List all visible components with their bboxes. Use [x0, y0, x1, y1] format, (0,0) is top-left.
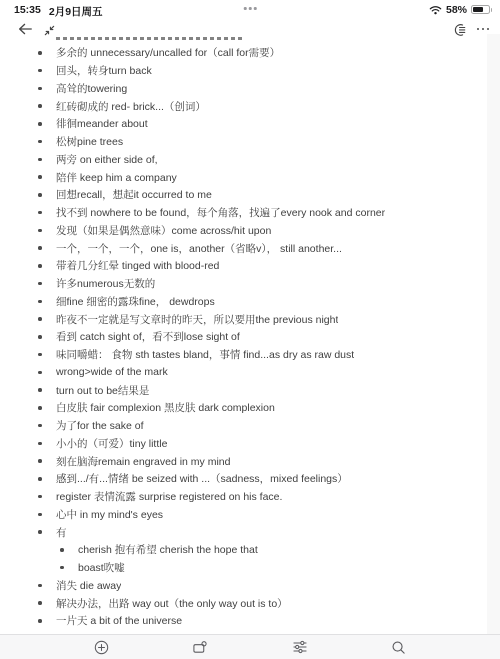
list-item[interactable]: 刻在脑海remain engraved in my mind — [0, 452, 487, 470]
list-item-text: 回想recall，想起it occurred to me — [56, 187, 212, 202]
list-item[interactable]: 一个，一个，一个，one is，another（省略v）， still anot… — [0, 239, 487, 257]
list-item-text: 松树pine trees — [56, 134, 123, 149]
bullet-icon — [33, 601, 56, 605]
bottom-toolbar — [0, 634, 500, 659]
list-item-text: 红砖砌成的 red- brick...（创词） — [56, 99, 206, 114]
list-item[interactable]: 小小的（可爱）tiny little — [0, 435, 487, 453]
list-item-text: 心中 in my mind's eyes — [56, 507, 163, 522]
search-icon[interactable] — [390, 638, 408, 656]
list-item[interactable]: 心中 in my mind's eyes — [0, 506, 487, 524]
list-item[interactable]: 徘徊meander about — [0, 115, 487, 133]
bullet-icon — [33, 122, 56, 126]
list-item[interactable]: 解决办法，出路 way out（the only way out is to） — [0, 594, 487, 612]
list-item[interactable]: 两旁 on either side of, — [0, 151, 487, 169]
bullet-icon — [33, 104, 56, 108]
note-list: 多余的 unnecessary/uncalled for（call for需要）… — [0, 44, 487, 630]
list-item[interactable]: turn out to be结果是 — [0, 381, 487, 399]
bullet-icon — [33, 619, 56, 623]
list-item[interactable]: 带着几分红晕 tinged with blood-red — [0, 257, 487, 275]
bullet-icon — [33, 388, 56, 392]
list-item[interactable]: 多余的 unnecessary/uncalled for（call for需要） — [0, 44, 487, 62]
list-item[interactable]: 味同嚼蜡： 食物 sth tastes bland，事情 find...as d… — [0, 346, 487, 364]
clock-time: 15:35 — [14, 4, 41, 19]
list-item-text: wrong>wide of the mark — [56, 366, 168, 378]
status-bar: 15:35 2月9日周五 58% — [0, 0, 500, 20]
bullet-icon — [33, 193, 56, 197]
list-item-text: 细fine 细密的露珠fine， dewdrops — [56, 294, 215, 309]
bullet-icon — [33, 158, 56, 162]
note-editor[interactable]: 多余的 unnecessary/uncalled for（call for需要）… — [0, 34, 487, 634]
list-item-text: 看到 catch sight of，看不到lose sight of — [56, 329, 240, 344]
list-item-text: 两旁 on either side of, — [56, 152, 158, 167]
bullet-icon — [33, 229, 56, 233]
list-item-text: 高耸的towering — [56, 81, 127, 96]
multitasking-indicator-dots[interactable] — [244, 7, 257, 10]
bullet-icon — [55, 548, 78, 552]
battery-percent: 58% — [446, 4, 467, 16]
list-item[interactable]: 昨夜不一定就是写文章时的昨天，所以要用the previous night — [0, 310, 487, 328]
list-item-text: 解决办法，出路 way out（the only way out is to） — [56, 596, 288, 611]
bullet-icon — [33, 371, 56, 375]
list-item-text: register 表情流露 surprise registered on his… — [56, 489, 282, 504]
list-item[interactable]: 为了for the sake of — [0, 417, 487, 435]
list-item[interactable]: 看到 catch sight of，看不到lose sight of — [0, 328, 487, 346]
bullet-icon — [33, 51, 56, 55]
list-item[interactable]: 一片天 a bit of the universe — [0, 612, 487, 630]
list-item[interactable]: 红砖砌成的 red- brick...（创词） — [0, 97, 487, 115]
bullet-icon — [33, 406, 56, 410]
bullet-icon — [33, 69, 56, 73]
clipped-text-line — [56, 37, 244, 40]
list-item-text: 昨夜不一定就是写文章时的昨天，所以要用the previous night — [56, 312, 338, 327]
list-item[interactable]: 许多numerous无数的 — [0, 275, 487, 293]
list-item-text: 味同嚼蜡： 食物 sth tastes bland，事情 find...as d… — [56, 347, 354, 362]
list-item-text: 感到.../有...情绪 be seized with ...（sadness，… — [56, 471, 348, 486]
list-item[interactable]: cherish 抱有希望 cherish the hope that — [0, 541, 487, 559]
list-item[interactable]: 回想recall，想起it occurred to me — [0, 186, 487, 204]
bullet-icon — [33, 264, 56, 268]
list-item[interactable]: 高耸的towering — [0, 80, 487, 98]
bullet-icon — [33, 87, 56, 91]
list-item[interactable]: 陪伴 keep him a company — [0, 168, 487, 186]
list-item-text: 许多numerous无数的 — [56, 276, 155, 291]
bullet-icon — [33, 317, 56, 321]
list-item-text: 多余的 unnecessary/uncalled for（call for需要） — [56, 45, 280, 60]
list-item-text: 带着几分红晕 tinged with blood-red — [56, 258, 219, 273]
bullet-icon — [33, 477, 56, 481]
list-item-text: 找不到 nowhere to be found，每个角落，找遍了every no… — [56, 205, 385, 220]
list-item-text: turn out to be结果是 — [56, 383, 149, 398]
bullet-icon — [33, 584, 56, 588]
bullet-icon — [33, 140, 56, 144]
status-date: 2月9日周五 — [49, 4, 103, 19]
list-item[interactable]: register 表情流露 surprise registered on his… — [0, 488, 487, 506]
list-item-text: 为了for the sake of — [56, 418, 144, 433]
list-item[interactable]: 消失 die away — [0, 577, 487, 595]
wifi-icon — [429, 5, 442, 15]
bullet-icon — [33, 175, 56, 179]
bullet-icon — [33, 300, 56, 304]
list-item-text: 小小的（可爱）tiny little — [56, 436, 167, 451]
list-item[interactable]: 感到.../有...情绪 be seized with ...（sadness，… — [0, 470, 487, 488]
list-item-text: 一个，一个，一个，one is，another（省略v）， still anot… — [56, 241, 342, 256]
list-item-text: 陪伴 keep him a company — [56, 170, 177, 185]
list-item-text: cherish 抱有希望 cherish the hope that — [78, 542, 258, 557]
list-item[interactable]: boast吹嘘 — [0, 559, 487, 577]
list-item[interactable]: wrong>wide of the mark — [0, 364, 487, 382]
list-item-text: 消失 die away — [56, 578, 121, 593]
scroll-edge — [487, 34, 500, 634]
list-item-text: 徘徊meander about — [56, 116, 148, 131]
list-item[interactable]: 有 — [0, 523, 487, 541]
list-item[interactable]: 回头，转身turn back — [0, 62, 487, 80]
bullet-icon — [33, 353, 56, 357]
list-item-text: 回头，转身turn back — [56, 63, 152, 78]
list-item-text: 有 — [56, 525, 67, 540]
list-item[interactable]: 发现（如果是偶然意味）come across/hit upon — [0, 222, 487, 240]
bullet-icon — [33, 282, 56, 286]
bullet-icon — [33, 442, 56, 446]
list-item[interactable]: 白皮肤 fair complexion 黑皮肤 dark complexion — [0, 399, 487, 417]
bullet-icon — [33, 495, 56, 499]
list-item-text: 一片天 a bit of the universe — [56, 613, 182, 628]
bullet-icon — [33, 459, 56, 463]
list-item-text: 白皮肤 fair complexion 黑皮肤 dark complexion — [56, 400, 275, 415]
bullet-icon — [33, 513, 56, 517]
bullet-icon — [33, 211, 56, 215]
adjust-sliders-button[interactable] — [291, 638, 309, 656]
battery-icon — [471, 5, 490, 14]
list-item[interactable]: 细fine 细密的露珠fine， dewdrops — [0, 293, 487, 311]
bullet-icon — [33, 335, 56, 339]
list-item-text: boast吹嘘 — [78, 560, 125, 575]
list-item[interactable]: 松树pine trees — [0, 133, 487, 151]
bullet-icon — [33, 246, 56, 250]
bullet-icon — [55, 566, 78, 570]
list-item[interactable]: 找不到 nowhere to be found，每个角落，找遍了every no… — [0, 204, 487, 222]
clip-button[interactable] — [191, 638, 209, 656]
add-button[interactable] — [92, 638, 110, 656]
list-item-text: 刻在脑海remain engraved in my mind — [56, 454, 230, 469]
bullet-icon — [33, 424, 56, 428]
list-item-text: 发现（如果是偶然意味）come across/hit upon — [56, 223, 271, 238]
bullet-icon — [33, 530, 56, 534]
